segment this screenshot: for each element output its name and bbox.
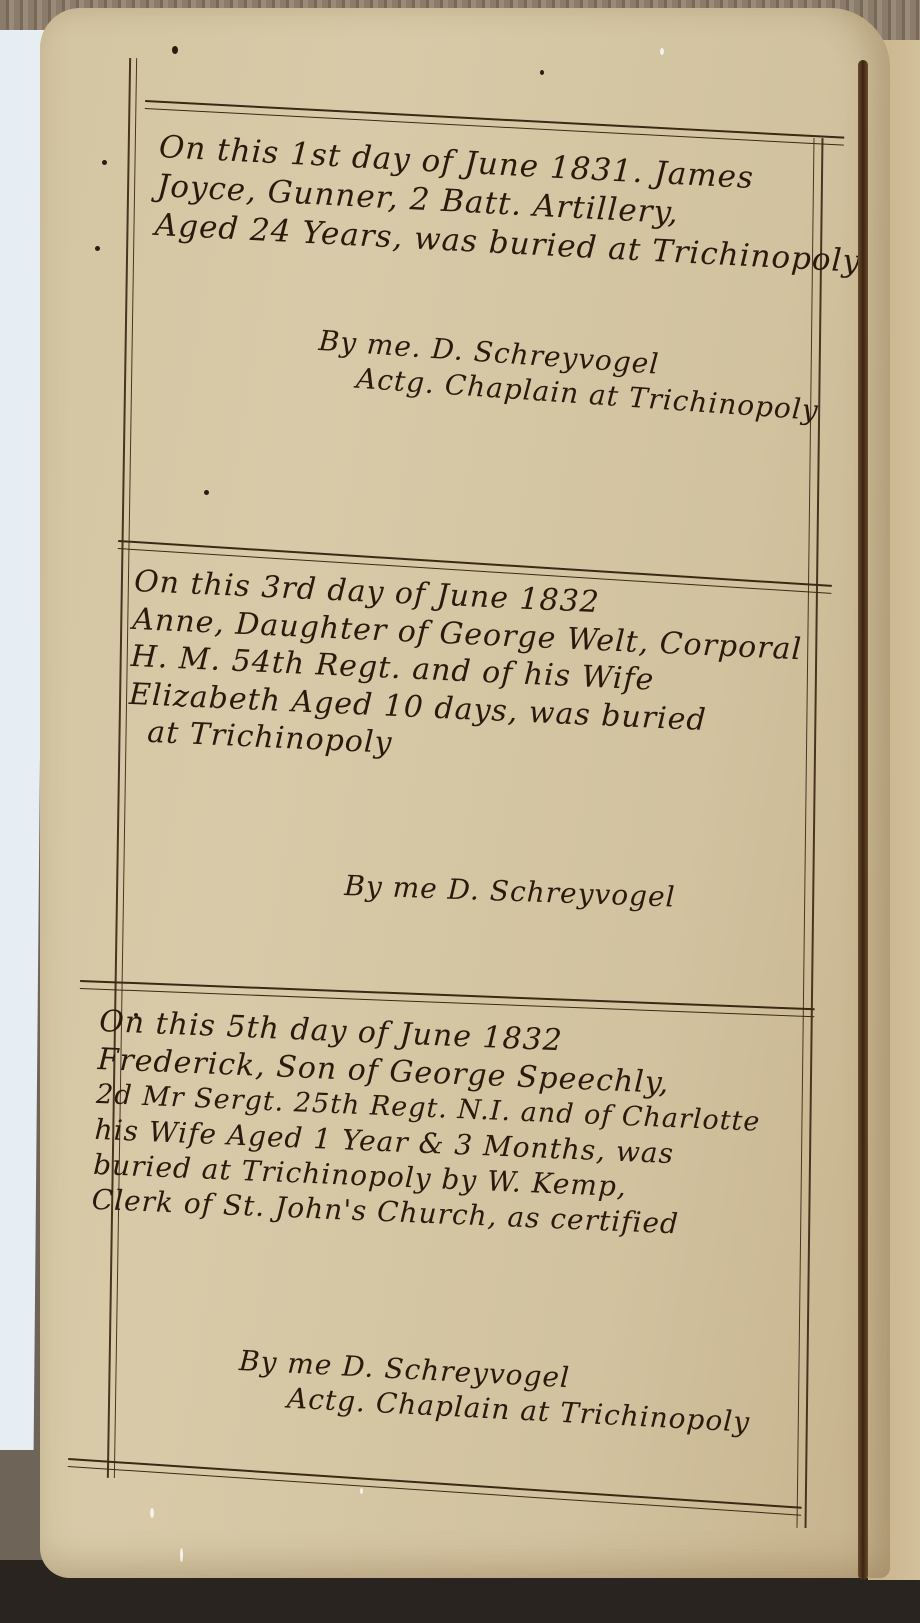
entry-2-signature: By me D. Schreyvogel <box>344 868 676 915</box>
burial-entry-2: On this 3rd day of June 1832 Anne, Daugh… <box>126 563 804 781</box>
burial-entry-1: On this 1st day of June 1831. James Joyc… <box>154 128 866 281</box>
ink-dot <box>540 70 544 75</box>
register-page: On this 1st day of June 1831. James Joyc… <box>40 8 890 1578</box>
bottom-rule <box>68 1458 802 1516</box>
entry-2-signature-line-1: By me D. Schreyvogel <box>344 868 676 915</box>
entry-3-signature: By me D. Schreyvogel Actg. Chaplain at T… <box>236 1343 752 1440</box>
frame-left-rule <box>107 58 137 1478</box>
ink-dot <box>172 46 178 54</box>
frame-right-rule <box>797 138 824 1528</box>
ink-dot <box>102 160 107 165</box>
entry-1-signature: By me. D. Schreyvogel Actg. Chaplain at … <box>315 323 822 428</box>
burial-entry-3: On this 5th day of June 1832 Frederick, … <box>91 1003 764 1244</box>
ink-dot <box>134 1013 138 1017</box>
paper-flake <box>360 1488 363 1494</box>
ink-dot <box>204 490 209 495</box>
ink-dot <box>95 246 100 251</box>
paper-flake <box>180 1548 183 1562</box>
paper-flake <box>150 1508 154 1518</box>
book-gutter <box>858 60 868 1580</box>
paper-flake <box>660 48 664 55</box>
